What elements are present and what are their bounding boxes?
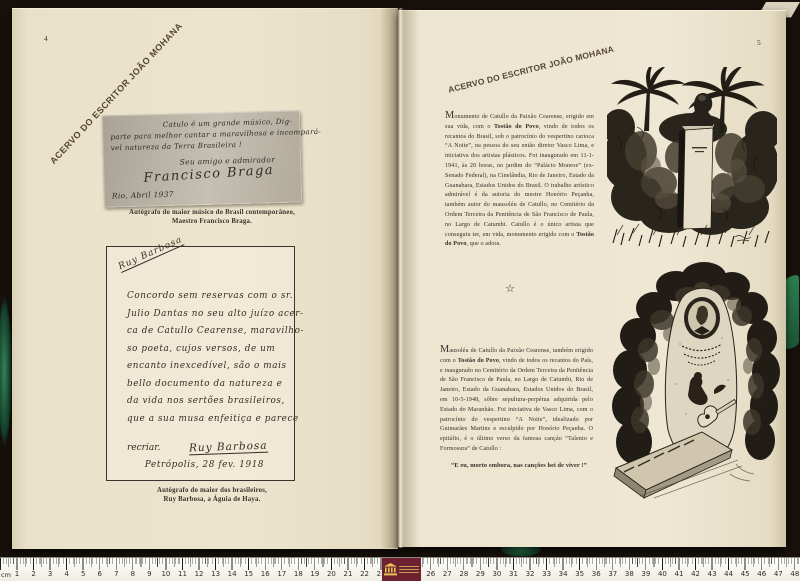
ruler-number: 43: [705, 570, 719, 578]
ruler-number: 31: [507, 570, 521, 578]
monument-illustration: [607, 67, 777, 251]
ruler-number: 11: [176, 570, 190, 578]
ruler-number: 6: [93, 570, 107, 578]
ruler-number: 14: [225, 570, 239, 578]
ruler-number: 3: [43, 570, 57, 578]
caption-line: Ruy Barbosa, a Águia de Haya.: [72, 495, 352, 504]
ruler-number: 4: [60, 570, 74, 578]
ruler-number: 37: [606, 570, 620, 578]
mausoleum-illustration: [610, 254, 782, 500]
caption-line: Maestro Francisco Braga.: [72, 217, 352, 226]
braga-caption: Autógrafo do maior músico do Brasil cont…: [72, 208, 352, 226]
handwritten-line: da vida nos sertões brasileiros,: [127, 396, 280, 414]
monument-paragraph: Monumento de Catullo da Paixão Cearense,…: [445, 111, 594, 250]
stele: [677, 124, 715, 229]
ruler-number: 15: [242, 570, 256, 578]
ruler-number: 1: [10, 570, 24, 578]
ruler-number: 32: [523, 570, 537, 578]
ruler-number: 33: [540, 570, 554, 578]
green-felt-patch: [785, 274, 799, 351]
ruler-number: 35: [573, 570, 587, 578]
ruler-number: 13: [209, 570, 223, 578]
handwritten-line: ca de Catullo Cearense, maravilho-: [127, 326, 280, 344]
ruler-number: 41: [672, 570, 686, 578]
handwritten-line: Concordo sem reservas com o sr.: [127, 291, 280, 309]
ruler-number: 45: [738, 570, 752, 578]
ruler-number: 17: [275, 570, 289, 578]
handwritten-line: encanto inexcedível, são o mais: [127, 361, 280, 379]
collection-stamp: ACERVO DO ESCRITOR JOÃO MOHANA: [447, 44, 615, 95]
star-ornament: ☆: [500, 282, 520, 295]
barbosa-caption: Autógrafo do maior dos brasileiros, Ruy …: [72, 486, 352, 504]
page-number: 4: [44, 34, 48, 43]
caption-line: Autógrafo do maior músico do Brasil cont…: [72, 208, 352, 217]
barbosa-header-signature: Ruy Barbosa: [117, 235, 184, 273]
ruler-number: 16: [258, 570, 272, 578]
ruler-number: 40: [655, 570, 669, 578]
scanned-book-spread: { "left_page": { "page_number": "4", "st…: [0, 0, 800, 581]
library-badge: [382, 558, 421, 581]
ruler-number: 20: [324, 570, 338, 578]
handwritten-line: vel natureza da Terra Brasileira !: [111, 140, 243, 152]
epitaph-quote: “E eu, morto embora, nas canções hei de …: [442, 462, 596, 469]
mausoleum-paragraph: Mausoléu de Catullo da Paixão Cearense, …: [440, 345, 593, 455]
ruler-number: 8: [126, 570, 140, 578]
ruler-number: 42: [689, 570, 703, 578]
ruler-number: 12: [192, 570, 206, 578]
ruler-number: 30: [490, 570, 504, 578]
handwritten-dateline: Petrópolis, 28 fev. 1918: [135, 460, 274, 470]
ruler-number: 29: [473, 570, 487, 578]
handwritten-closing-word: recriar.: [127, 443, 160, 453]
ruler-number: 21: [341, 570, 355, 578]
ruler-number: 47: [771, 570, 785, 578]
page-number: 5: [757, 38, 761, 47]
ruler-number: 27: [440, 570, 454, 578]
ruler-number: 46: [755, 570, 769, 578]
ruler-number: 39: [639, 570, 653, 578]
handwritten-line: que a sua musa enfeitiça e parece: [127, 414, 280, 432]
portrait-medallion: [684, 297, 720, 339]
caption-line: Autógrafo do maior dos brasileiros,: [72, 486, 352, 495]
badge-text-lines: [399, 564, 419, 575]
green-felt-patch: [0, 296, 12, 446]
ruler-number: 19: [308, 570, 322, 578]
right-page: 5 ACERVO DO ESCRITOR JOÃO MOHANA Monumen…: [398, 10, 786, 547]
handwritten-line: so poeta, cujos versos, de um: [127, 344, 280, 362]
ruler-number: 44: [722, 570, 736, 578]
bust: [689, 93, 713, 126]
ruler-number: 10: [159, 570, 173, 578]
ruler-number: 7: [109, 570, 123, 578]
handwritten-line: Julio Dantas no seu alto juízo acer-: [127, 309, 280, 327]
ruler-number: 48: [788, 570, 800, 578]
ruler-number: 26: [424, 570, 438, 578]
ruler-number: 22: [358, 570, 372, 578]
barbosa-signature-row: recriar. Ruy Barbosa: [127, 443, 278, 453]
handwritten-line: bello documento da natureza e: [127, 379, 280, 397]
left-page: 4 ACERVO DO ESCRITOR JOÃO MOHANA Catulo …: [12, 8, 398, 549]
handwritten-dateline: Rio, Abril 1937: [112, 190, 174, 201]
ruler-number: 9: [142, 570, 156, 578]
artist-signature: [735, 236, 751, 242]
barbosa-letter-frame: Ruy Barbosa Concordo sem reservas com o …: [106, 246, 295, 481]
barbosa-letter-body: Concordo sem reservas com o sr.Julio Dan…: [127, 291, 280, 431]
ruler-number: 38: [622, 570, 636, 578]
barbosa-signature: Ruy Barbosa: [189, 440, 268, 456]
braga-autograph-photo: Catulo é um grande músico, Dig- parte pa…: [102, 110, 302, 207]
ruler-number: 34: [556, 570, 570, 578]
ruler-number: 28: [457, 570, 471, 578]
ruler-number: 36: [589, 570, 603, 578]
ruler-number: 18: [291, 570, 305, 578]
building-columns-icon: [384, 563, 397, 576]
measuring-ruler: cm 1234567891011121314151617181920212223…: [0, 557, 800, 581]
ruler-number: 5: [76, 570, 90, 578]
ruler-number: 2: [27, 570, 41, 578]
